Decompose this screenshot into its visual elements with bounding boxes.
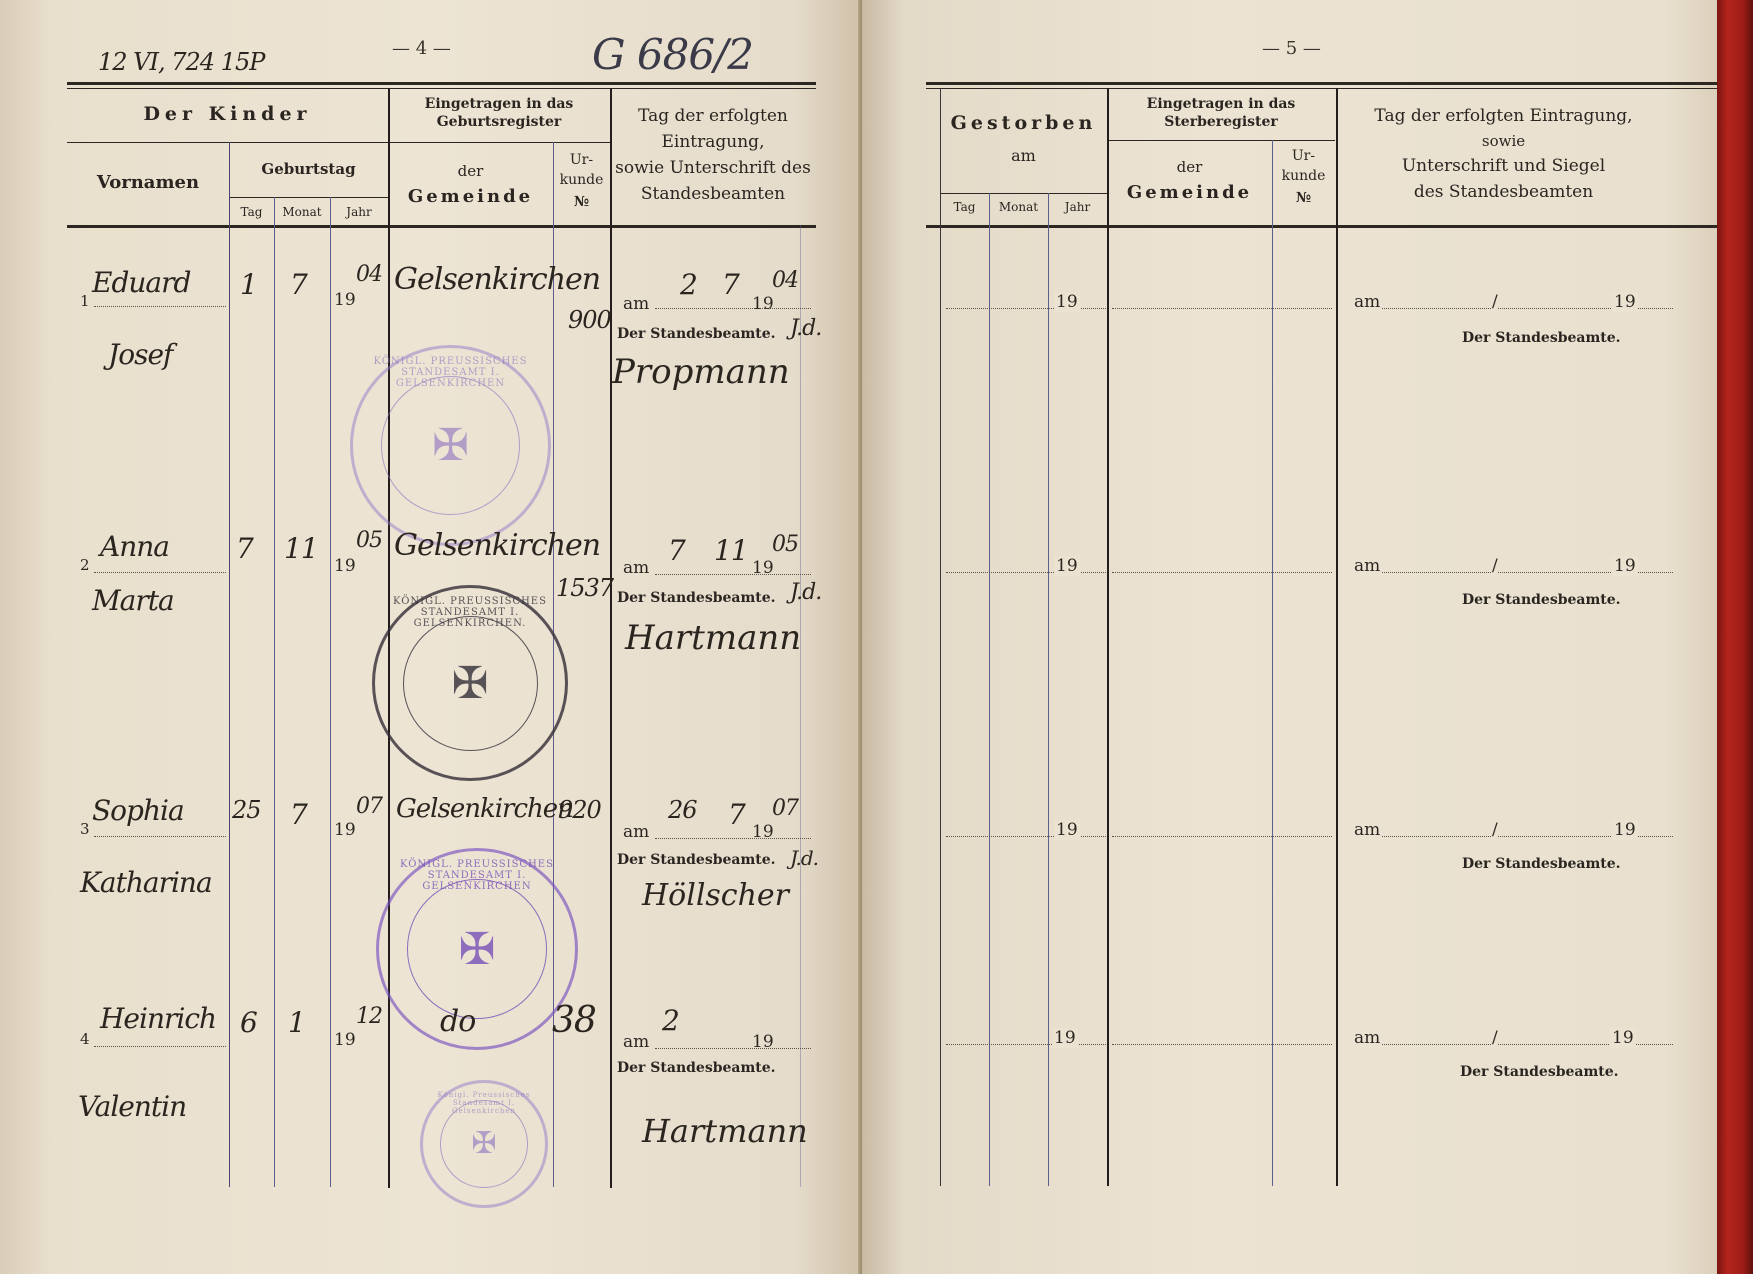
registrar-label: Der Standesbeamte. [617,590,776,606]
registrar-label: Der Standesbeamte. [1460,1064,1619,1080]
municipality: Gelsenkirchen [396,794,573,824]
official-stamp: KÖNIGL. PREUSSISCHES STANDESAMT I. GELSE… [376,848,578,1050]
registrar-label: Der Standesbeamte. [617,852,776,868]
col-line-right-edge [800,225,801,1187]
dotted-line [94,572,226,573]
col-line-day [989,193,990,1186]
header-year: Jahr [1048,200,1107,214]
header-month: Monat [989,200,1048,214]
entry-month: 7 [722,268,739,301]
header-entry-line4: des Standesbeamten [1336,182,1671,202]
dotted-line [946,836,1106,837]
annotation-top-left: 12 VI, 724 15P [98,48,264,76]
entry-year-suffix: 07 [772,796,798,821]
header-died-am: am [940,146,1107,165]
header-children-rule [67,142,388,143]
row-index: 3 [80,820,90,838]
second-name: Marta [92,584,174,617]
header-municipality-line2: Gemeinde [388,186,553,208]
birth-year-prefix: 19 [334,556,356,576]
header-top-rule-thin [67,88,816,89]
header-register-line1: Eingetragen in das [1107,96,1335,113]
col-line-record [610,88,612,1188]
registrar-label: Der Standesbeamte. [1462,330,1621,346]
header-entry-line2: sowie [1336,132,1671,150]
registrar-signature: Hartmann [625,618,801,658]
entry-slash: / [1492,820,1498,840]
page-number: — 5 — [1262,38,1321,59]
official-stamp: Königl. Preussisches Standesamt I. Gelse… [420,1080,548,1208]
col-line-day [274,197,275,1187]
birth-month: 1 [288,1006,305,1039]
entry-slash: / [1492,292,1498,312]
entry-am: am [1354,1028,1382,1048]
dotted-line [655,838,811,839]
entry-year-prefix: 19 [752,1032,774,1052]
header-record-line1: Ur- [1272,148,1335,165]
row-index: 2 [80,556,90,574]
registrar-signature: Höllscher [642,878,789,913]
header-children: Der Kinder [67,103,388,126]
header-birthday: Geburtstag [229,160,388,178]
entry-month: 11 [714,534,748,567]
second-name: Valentin [78,1090,186,1123]
entry-year-prefix: 19 [1612,292,1638,312]
birth-day: 6 [240,1006,257,1039]
birth-month: 7 [290,268,307,301]
second-name: Josef [108,338,172,371]
entry-am: am [1354,556,1382,576]
official-stamp: KÖNIGL. PREUSSISCHES STANDESAMT I. GELSE… [350,345,551,546]
dotted-line [655,1048,811,1049]
dotted-line [946,1044,1106,1045]
header-month: Monat [274,205,330,219]
header-birthday-rule [229,197,388,198]
header-day: Tag [229,205,274,219]
first-name: Sophia [92,794,184,827]
first-name: Eduard [92,266,190,299]
dotted-line [1112,1044,1332,1045]
header-entry-line1: Tag der erfolgten Eintragung, [1336,106,1671,126]
header-register-line2: Geburtsregister [388,114,610,131]
entry-year-prefix: 19 [1612,556,1638,576]
death-year-prefix: 19 [1054,820,1080,840]
dotted-line [655,308,811,309]
header-register-line1: Eingetragen in das [388,96,610,113]
municipality: Gelsenkirchen [394,262,600,297]
registrar-initials: J.d. [790,316,821,341]
birth-year-prefix: 19 [334,1030,356,1050]
header-register-rule [388,142,610,143]
official-stamp: KÖNIGL. PREUSSISCHES STANDESAMT I. GELSE… [372,585,568,781]
entry-day: 7 [668,534,685,567]
eagle-icon: ✠ [407,879,546,1018]
header-record-line3: № [1272,190,1335,207]
second-name: Katharina [80,866,212,899]
dotted-line [1112,572,1332,573]
dotted-line [94,836,226,837]
municipality: Gelsenkirchen [394,528,600,563]
header-entry-line4: Standesbeamten [610,184,816,204]
col-line-municipality [1272,140,1273,1186]
header-year: Jahr [330,205,388,219]
dotted-line [655,574,811,575]
entry-year-prefix: 19 [752,558,774,578]
registrar-signature: Hartmann [642,1112,808,1150]
birth-day: 1 [240,268,257,301]
header-top-rule-thin [926,88,1735,89]
header-entry-line1: Tag der erfolgten [610,106,816,126]
header-municipality-line2: Gemeinde [1107,182,1272,204]
header-register-line2: Sterberegister [1107,114,1335,131]
dotted-line [946,572,1106,573]
death-year-prefix: 19 [1054,556,1080,576]
book-cover-edge [1717,0,1753,1274]
eagle-icon: ✠ [381,376,520,515]
stamp-text: KÖNIGL. PREUSSISCHES STANDESAMT I. GELSE… [379,859,575,892]
header-died-rule [940,193,1107,194]
col-line-month [1048,193,1049,1186]
left-page: 12 VI, 724 15P — 4 — G 686/2 Der Kinder … [0,0,862,1274]
header-entry-line2: Eintragung, [610,132,816,152]
record-number: 38 [552,1000,596,1041]
dotted-line [94,1046,226,1047]
birth-year-suffix: 05 [356,528,382,553]
registrar-label: Der Standesbeamte. [617,326,776,342]
birth-day: 25 [232,796,261,824]
entry-am: am [623,294,649,314]
header-register-rule [1107,140,1335,141]
birth-year-suffix: 04 [356,262,382,287]
death-year-prefix: 19 [1052,1028,1078,1048]
header-entry-line3: sowie Unterschrift des [610,158,816,178]
row-index: 4 [80,1030,90,1048]
dotted-line [946,308,1106,309]
record-number: 920 [558,796,601,824]
header-first-names: Vornamen [67,172,229,194]
col-line-month [330,197,331,1187]
dotted-line [1112,308,1332,309]
registrar-signature: Propmann [612,352,790,392]
entry-am: am [623,1032,649,1052]
birth-year-suffix: 12 [356,1004,382,1029]
entry-year-suffix: 05 [772,532,798,557]
annotation-top-right: G 686/2 [592,30,753,79]
header-bottom-rule [67,225,816,228]
registrar-initials: J.d. [790,846,818,870]
death-year-prefix: 19 [1054,292,1080,312]
stamp-text: KÖNIGL. PREUSSISCHES STANDESAMT I. GELSE… [375,596,565,629]
row-index: 1 [80,292,90,310]
col-line-year [1107,88,1109,1186]
page-number: — 4 — [392,38,451,59]
birth-month: 7 [290,798,307,831]
stamp-text: KÖNIGL. PREUSSISCHES STANDESAMT I. GELSE… [353,356,548,389]
entry-am: am [623,822,649,842]
dotted-line [94,306,226,307]
right-page: — 5 — Gestorben am Tag Monat Jahr Einget… [862,0,1717,1274]
record-number: 900 [568,306,611,334]
municipality: do [440,1004,475,1039]
header-top-rule [926,82,1735,85]
entry-month: 7 [728,798,745,831]
entry-day: 26 [668,796,697,824]
entry-year-prefix: 19 [1610,1028,1636,1048]
header-municipality-line1: der [388,162,553,180]
header-record-line2: kunde [553,172,610,189]
birth-day: 7 [236,532,253,565]
birth-month: 11 [284,532,318,565]
col-line-record [1336,88,1338,1186]
header-top-rule [67,82,816,85]
entry-year-prefix: 19 [752,822,774,842]
first-name: Heinrich [100,1002,216,1035]
header-day: Tag [940,200,989,214]
registrar-label: Der Standesbeamte. [617,1060,776,1076]
header-record-line3: № [553,194,610,211]
entry-year-prefix: 19 [1612,820,1638,840]
header-died: Gestorben [940,112,1107,135]
entry-year-prefix: 19 [752,294,774,314]
entry-day: 2 [680,268,697,301]
entry-slash: / [1492,556,1498,576]
stamp-text: Königl. Preussisches Standesamt I. Gelse… [423,1091,545,1115]
registrar-label: Der Standesbeamte. [1462,592,1621,608]
eagle-icon: ✠ [403,616,538,751]
entry-slash: / [1492,1028,1498,1048]
header-entry-line3: Unterschrift und Siegel [1336,156,1671,176]
entry-year-suffix: 04 [772,268,798,293]
header-record-line1: Ur- [553,152,610,169]
entry-am: am [1354,292,1382,312]
entry-day: 2 [662,1004,679,1037]
entry-am: am [1354,820,1382,840]
dotted-line [1112,836,1332,837]
birth-year-prefix: 19 [334,290,356,310]
birth-year-suffix: 07 [356,794,382,819]
header-record-line2: kunde [1272,168,1335,185]
birth-year-prefix: 19 [334,820,356,840]
entry-am: am [623,558,649,578]
col-line-name [229,142,230,1187]
registrar-label: Der Standesbeamte. [1462,856,1621,872]
header-municipality-line1: der [1107,158,1272,176]
registrar-initials: J.d. [790,580,821,605]
col-line-left [940,88,941,1186]
first-name: Anna [100,530,169,563]
